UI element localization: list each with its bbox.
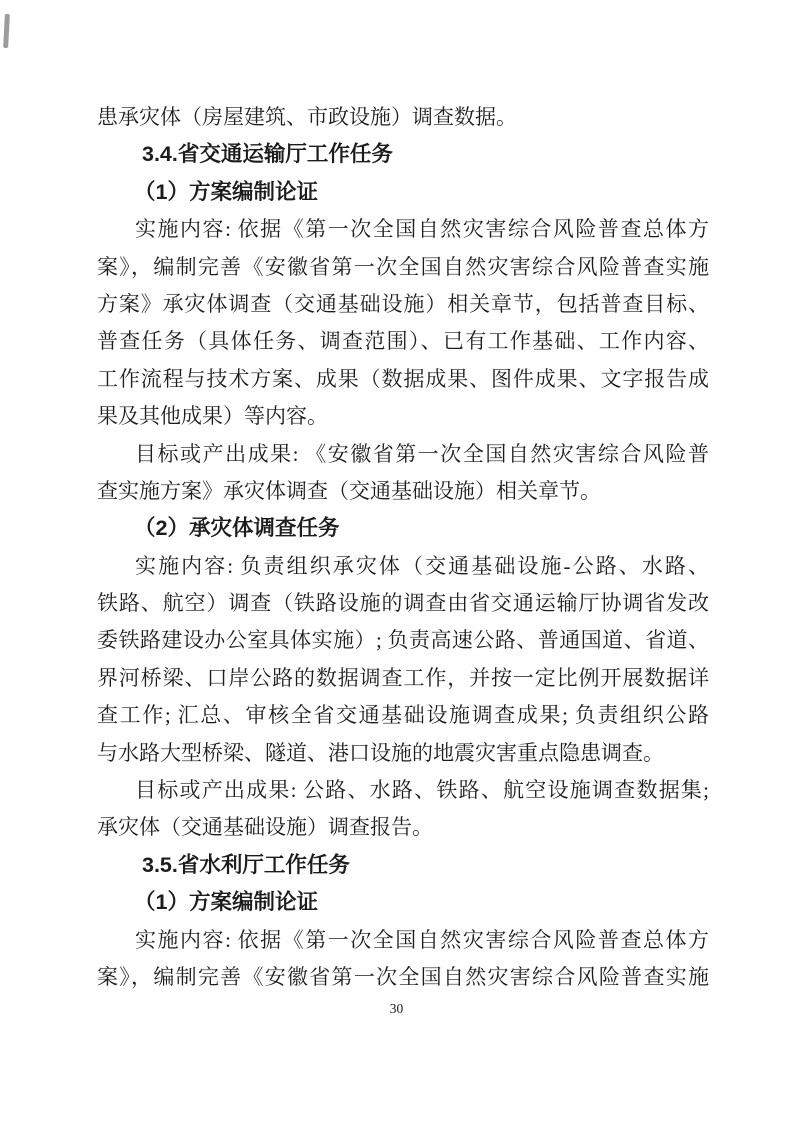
text-line: 实施内容: 依据《第一次全国自然灾害综合风险普查总体方 <box>97 922 709 959</box>
text-line: 普查任务（具体任务、调查范围）、已有工作基础、工作内容、 <box>97 323 709 360</box>
document-body: 患承灾体（房屋建筑、市政设施）调查数据。3.4.省交通运输厅工作任务（1）方案编… <box>97 99 709 996</box>
text-line: 查工作; 汇总、审核全省交通基础设施调查成果; 负责组织公路 <box>97 697 709 734</box>
text-line: 与水路大型桥梁、隧道、港口设施的地震灾害重点隐患调查。 <box>97 735 709 772</box>
text-line: 方案》承灾体调查（交通基础设施）相关章节，包括普查目标、 <box>97 286 709 323</box>
text-line: 承灾体（交通基础设施）调查报告。 <box>97 809 709 846</box>
text-line: 实施内容: 依据《第一次全国自然灾害综合风险普查总体方 <box>97 211 709 248</box>
text-line: 患承灾体（房屋建筑、市政设施）调查数据。 <box>97 99 709 136</box>
text-line: 查实施方案》承灾体调查（交通基础设施）相关章节。 <box>97 473 709 510</box>
text-line: 工作流程与技术方案、成果（数据成果、图件成果、文字报告成 <box>97 361 709 398</box>
text-line: 案》，编制完善《安徽省第一次全国自然灾害综合风险普查实施 <box>97 249 709 286</box>
page-number: 30 <box>0 1000 793 1018</box>
document-page: 患承灾体（房屋建筑、市政设施）调查数据。3.4.省交通运输厅工作任务（1）方案编… <box>0 0 793 1122</box>
text-line: 果及其他成果）等内容。 <box>97 398 709 435</box>
text-line: 界河桥梁、口岸公路的数据调查工作，并按一定比例开展数据详 <box>97 660 709 697</box>
text-line: 目标或产出成果: 公路、水路、铁路、航空设施调查数据集; <box>97 772 709 809</box>
text-line: 目标或产出成果: 《安徽省第一次全国自然灾害综合风险普 <box>97 436 709 473</box>
text-line: 委铁路建设办公室具体实施）; 负责高速公路、普通国道、省道、 <box>97 622 709 659</box>
text-line: 实施内容: 负责组织承灾体（交通基础设施-公路、水路、 <box>97 548 709 585</box>
subsection-heading: （2）承灾体调查任务 <box>97 510 709 547</box>
subsection-heading: （1）方案编制论证 <box>97 884 709 921</box>
section-heading: 3.5.省水利厅工作任务 <box>97 847 709 884</box>
section-heading: 3.4.省交通运输厅工作任务 <box>97 136 709 173</box>
scan-artifact <box>3 14 10 48</box>
text-line: 案》，编制完善《安徽省第一次全国自然灾害综合风险普查实施 <box>97 959 709 996</box>
text-line: 铁路、航空）调查（铁路设施的调查由省交通运输厅协调省发改 <box>97 585 709 622</box>
subsection-heading: （1）方案编制论证 <box>97 174 709 211</box>
